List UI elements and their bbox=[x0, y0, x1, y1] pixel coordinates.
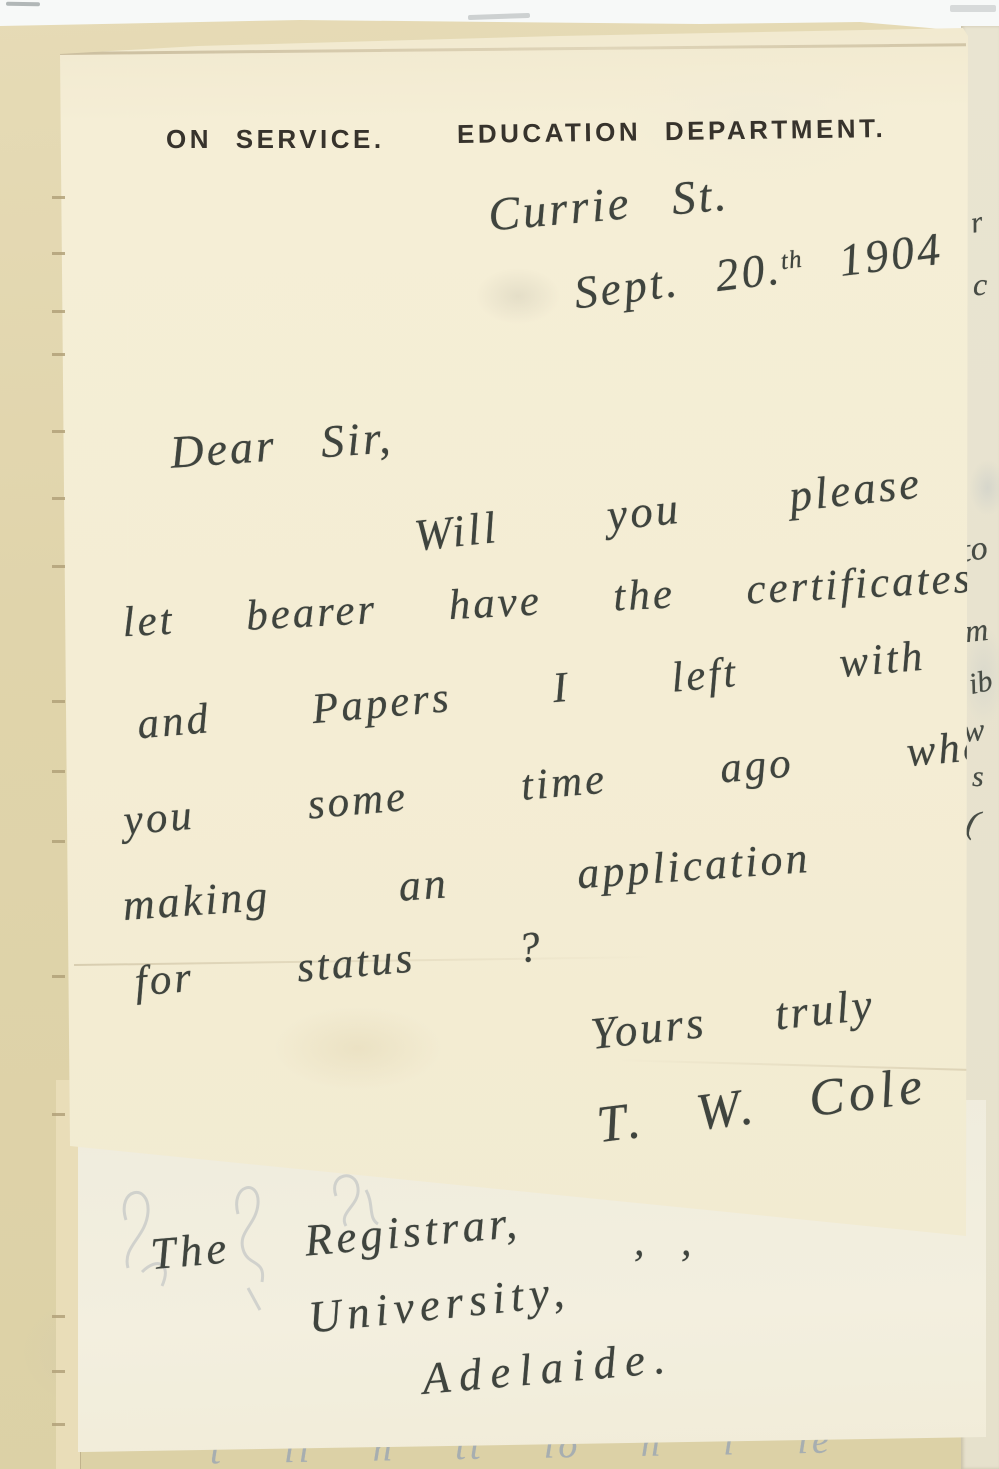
body-line: Will you please bbox=[412, 456, 925, 561]
dateline-date-year: 1904 bbox=[836, 223, 945, 286]
binding-stitch bbox=[52, 1315, 65, 1318]
dateline-date-day: Sept. 20. bbox=[571, 242, 784, 318]
signature: T. W. Cole bbox=[594, 1056, 931, 1155]
address-line-3: Adelaide. bbox=[420, 1331, 676, 1405]
dateline-date: Sept. 20.th 1904 bbox=[571, 222, 946, 320]
binding-stitch bbox=[52, 700, 65, 703]
dateline-place: Currie St. bbox=[486, 168, 731, 243]
binding-stitch bbox=[52, 1113, 65, 1116]
binding-stitch bbox=[52, 770, 65, 773]
dateline-date-ordinal: th bbox=[779, 245, 804, 275]
valediction: Yours truly bbox=[588, 978, 877, 1060]
binding-stitch bbox=[52, 196, 65, 199]
script-fragment: m bbox=[963, 611, 990, 650]
binding-stitch bbox=[52, 497, 65, 500]
letterhead-on-service: ON SERVICE. bbox=[166, 124, 385, 155]
scan-artifact bbox=[6, 2, 40, 7]
scanned-letter-page: t ll n tt lo h l le r c to m ib w s ( Th… bbox=[0, 0, 999, 1469]
body-line: let bearer have the certificates bbox=[121, 554, 970, 648]
binding-stitch bbox=[52, 252, 65, 255]
binding-stitch bbox=[52, 310, 65, 313]
binding-stitch bbox=[52, 840, 65, 843]
script-fragment: ib bbox=[966, 664, 996, 702]
body-line: and Papers I left with bbox=[135, 632, 927, 750]
script-fragment: r bbox=[968, 205, 985, 241]
binding-stitch bbox=[52, 565, 65, 568]
script-fragment: c bbox=[973, 266, 987, 303]
body-line: making an application bbox=[121, 832, 812, 931]
address-stray-marks: , , bbox=[634, 1218, 692, 1266]
script-fragment: s bbox=[972, 760, 984, 794]
scan-artifact bbox=[468, 13, 530, 20]
binding-stitch bbox=[52, 1370, 65, 1373]
binding-stitch bbox=[52, 353, 65, 356]
binding-stitch bbox=[52, 430, 65, 433]
body-line: for status ? bbox=[133, 922, 545, 1007]
salutation: Dear Sir, bbox=[168, 410, 394, 478]
scan-artifact bbox=[950, 5, 996, 12]
binding-stitch bbox=[52, 975, 65, 978]
letterhead-education-department: EDUCATION DEPARTMENT. bbox=[457, 113, 887, 150]
binding-stitch bbox=[52, 1423, 65, 1426]
letter-sheet: ON SERVICE. EDUCATION DEPARTMENT. Currie… bbox=[58, 28, 970, 1252]
